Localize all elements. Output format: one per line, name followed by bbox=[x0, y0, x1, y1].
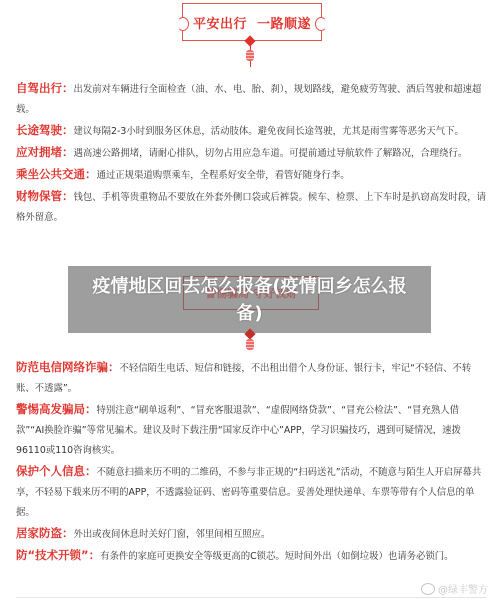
watermark-text: @绿丰警方 bbox=[438, 581, 488, 596]
fraud-tips-section: 防范电信网络诈骗：不轻信陌生电话、短信和链接，不出租出借个人身份证、银行卡，牢记… bbox=[16, 357, 486, 567]
travel-tips-section: 自驾出行：出发前对车辆进行全面检查（油、水、电、胎、刹），规划路线，避免疲劳驾驶… bbox=[16, 78, 486, 228]
tip-label: 长途驾驶： bbox=[16, 123, 74, 137]
tip-text: 遇高速公路拥堵，请耐心排队，切勿占用应急车道。可提前通过导航软件了解路况，合理绕… bbox=[74, 148, 468, 159]
tip-label: 应对拥堵： bbox=[16, 145, 74, 159]
ticket-notch-left bbox=[177, 17, 189, 31]
tip-label: 防范电信网络诈骗： bbox=[16, 360, 120, 374]
header-banner: 平安出行 一路顺遂 bbox=[182, 3, 322, 41]
tip-label: 防“技术开锁”： bbox=[16, 548, 100, 562]
tassel-icon bbox=[246, 339, 254, 350]
tip-label: 自驾出行： bbox=[16, 81, 74, 95]
article-title: 疫情地区回去怎么报备(疫情回乡怎么报备) bbox=[85, 273, 415, 327]
divider bbox=[16, 597, 486, 598]
tip-personal-info: 保护个人信息：不随意扫描来历不明的二维码，不参与非正规的“扫码送礼”活动，不随意… bbox=[16, 461, 486, 523]
tassel-cord-end bbox=[250, 61, 251, 67]
tip-telecom-fraud: 防范电信网络诈骗：不轻信陌生电话、短信和链接，不出租出借个人身份证、银行卡，牢记… bbox=[16, 357, 486, 399]
tip-text: 外出或夜间休息时关好门窗，邻里间相互照应。 bbox=[74, 529, 271, 540]
tip-text: 钱包、手机等贵重物品不要放在外套外侧口袋或后裤袋。候车、检票、上下车时是扒窃高发… bbox=[16, 192, 486, 223]
tip-lock-picking: 防“技术开锁”：有条件的家庭可更换安全等级更高的C锁芯。短时间外出（如倒垃圾）也… bbox=[16, 545, 486, 567]
tip-label: 财物保管： bbox=[16, 189, 74, 203]
tip-scams: 警惕高发骗局：特别注意“刷单返利”、“冒充客服退款”、“虚假网络贷款”、“冒充公… bbox=[16, 399, 486, 461]
banner-title: 平安出行 一路顺遂 bbox=[193, 13, 311, 32]
tip-label: 乘坐公共交通： bbox=[16, 167, 97, 181]
weibo-icon bbox=[421, 583, 435, 595]
title-overlay: 警惕骗局 守好钱财 疫情地区回去怎么报备(疫情回乡怎么报备) bbox=[68, 266, 431, 333]
ticket-notch-right bbox=[315, 17, 327, 31]
weibo-watermark: @绿丰警方 bbox=[421, 581, 488, 596]
tip-label: 居家防盗： bbox=[16, 526, 74, 540]
tip-label: 保护个人信息： bbox=[16, 464, 97, 478]
tip-label: 警惕高发骗局： bbox=[16, 402, 97, 416]
tip-text: 有条件的家庭可更换安全等级更高的C锁芯。短时间外出（如倒垃圾）也请务必锁门。 bbox=[100, 551, 453, 562]
tip-self-driving: 自驾出行：出发前对车辆进行全面检查（油、水、电、胎、刹），规划路线，避免疲劳驾驶… bbox=[16, 78, 486, 120]
tip-long-drive: 长途驾驶：建议每隔2-3小时到服务区休息，活动肢体。避免夜间长途驾驶，尤其是雨雪… bbox=[16, 120, 486, 142]
tip-public-transport: 乘坐公共交通：通过正规渠道购票乘车，全程系好安全带，看管好随身行李。 bbox=[16, 164, 486, 186]
article-image: 平安出行 一路顺遂 自驾出行：出发前对车辆进行全面检查（油、水、电、胎、刹），规… bbox=[0, 0, 500, 600]
tip-property: 财物保管：钱包、手机等贵重物品不要放在外套外侧口袋或后裤袋。候车、检票、上下车时… bbox=[16, 186, 486, 228]
tassel-icon bbox=[246, 50, 254, 61]
tip-text: 出发前对车辆进行全面检查（油、水、电、胎、刹），规划路线，避免疲劳驾驶、酒后驾驶… bbox=[16, 84, 481, 115]
tip-home-security: 居家防盗：外出或夜间休息时关好门窗，邻里间相互照应。 bbox=[16, 523, 486, 545]
tip-text: 通过正规渠道购票乘车，全程系好安全带，看管好随身行李。 bbox=[97, 170, 350, 181]
tip-congestion: 应对拥堵：遇高速公路拥堵，请耐心排队，切勿占用应急车道。可提前通过导航软件了解路… bbox=[16, 142, 486, 164]
tip-text: 建议每隔2-3小时到服务区休息，活动肢体。避免夜间长途驾驶，尤其是雨雪雾等恶劣天… bbox=[74, 126, 464, 137]
